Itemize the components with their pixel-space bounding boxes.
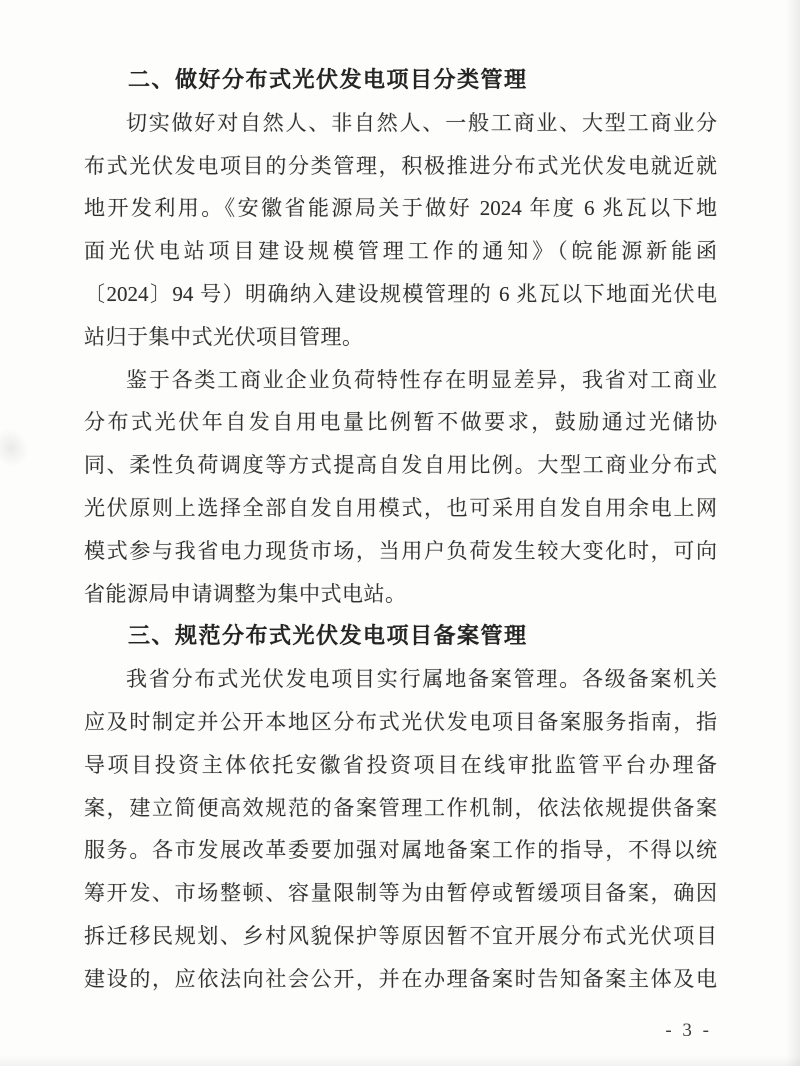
- paragraph-3-line: 服务。各市发展改革委要加强对属地备案工作的指导，不得以统: [84, 829, 717, 872]
- paragraph-1-line: 〔2024〕94 号）明确纳入建设规模管理的 6 兆瓦以下地面光伏电: [84, 273, 717, 316]
- heading-section-2: 二、做好分布式光伏发电项目分类管理: [84, 59, 717, 102]
- paragraph-3-line: 我省分布式光伏发电项目实行属地备案管理。各级备案机关: [84, 658, 717, 701]
- document-page: 二、做好分布式光伏发电项目分类管理 切实做好对自然人、非自然人、一般工商业、大型…: [0, 0, 800, 1066]
- document-body: 二、做好分布式光伏发电项目分类管理 切实做好对自然人、非自然人、一般工商业、大型…: [84, 59, 717, 1001]
- paragraph-2-line: 省能源局申请调整为集中式电站。: [84, 573, 717, 616]
- paragraph-1-line: 站归于集中式光伏项目管理。: [84, 316, 717, 359]
- paragraph-2-line: 光伏原则上选择全部自发自用模式，也可采用自发自用余电上网: [84, 487, 717, 530]
- paragraph-3-line: 拆迁移民规划、乡村风貌保护等原因暂不宜开展分布式光伏项目: [84, 915, 717, 958]
- paragraph-3-line: 建设的，应依法向社会公开，并在办理备案时告知备案主体及电: [84, 958, 717, 1001]
- paragraph-3-line: 筹开发、市场整顿、容量限制等为由暂停或暂缓项目备案，确因: [84, 872, 717, 915]
- paragraph-2-line: 模式参与我省电力现货市场，当用户负荷发生较大变化时，可向: [84, 530, 717, 573]
- paragraph-2-line: 分布式光伏年自发自用电量比例暂不做要求，鼓励通过光储协: [84, 401, 717, 444]
- paragraph-3-line: 案，建立简便高效规范的备案管理工作机制，依法依规提供备案: [84, 787, 717, 830]
- page-number: - 3 -: [665, 1016, 712, 1046]
- scan-shadow-bottom: [0, 1056, 800, 1066]
- paragraph-1-line: 布式光伏发电项目的分类管理，积极推进分布式光伏发电就近就: [84, 145, 717, 188]
- paragraph-1-line: 面光伏电站项目建设规模管理工作的通知》（皖能源新能函: [84, 230, 717, 273]
- paragraph-3-line: 应及时制定并公开本地区分布式光伏发电项目备案服务指南，指: [84, 701, 717, 744]
- paragraph-1-line: 切实做好对自然人、非自然人、一般工商业、大型工商业分: [84, 102, 717, 145]
- paragraph-2-line: 同、柔性负荷调度等方式提高自发自用比例。大型工商业分布式: [84, 444, 717, 487]
- paragraph-1-line: 地开发利用。《安徽省能源局关于做好 2024 年度 6 兆瓦以下地: [84, 187, 717, 230]
- scan-smudge-left: [0, 423, 35, 474]
- paragraph-2-line: 鉴于各类工商业企业负荷特性存在明显差异，我省对工商业: [84, 359, 717, 402]
- paragraph-3-line: 导项目投资主体依托安徽省投资项目在线审批监管平台办理备: [84, 744, 717, 787]
- scan-shadow-right: [786, 0, 800, 1066]
- heading-section-3: 三、规范分布式光伏发电项目备案管理: [84, 615, 717, 658]
